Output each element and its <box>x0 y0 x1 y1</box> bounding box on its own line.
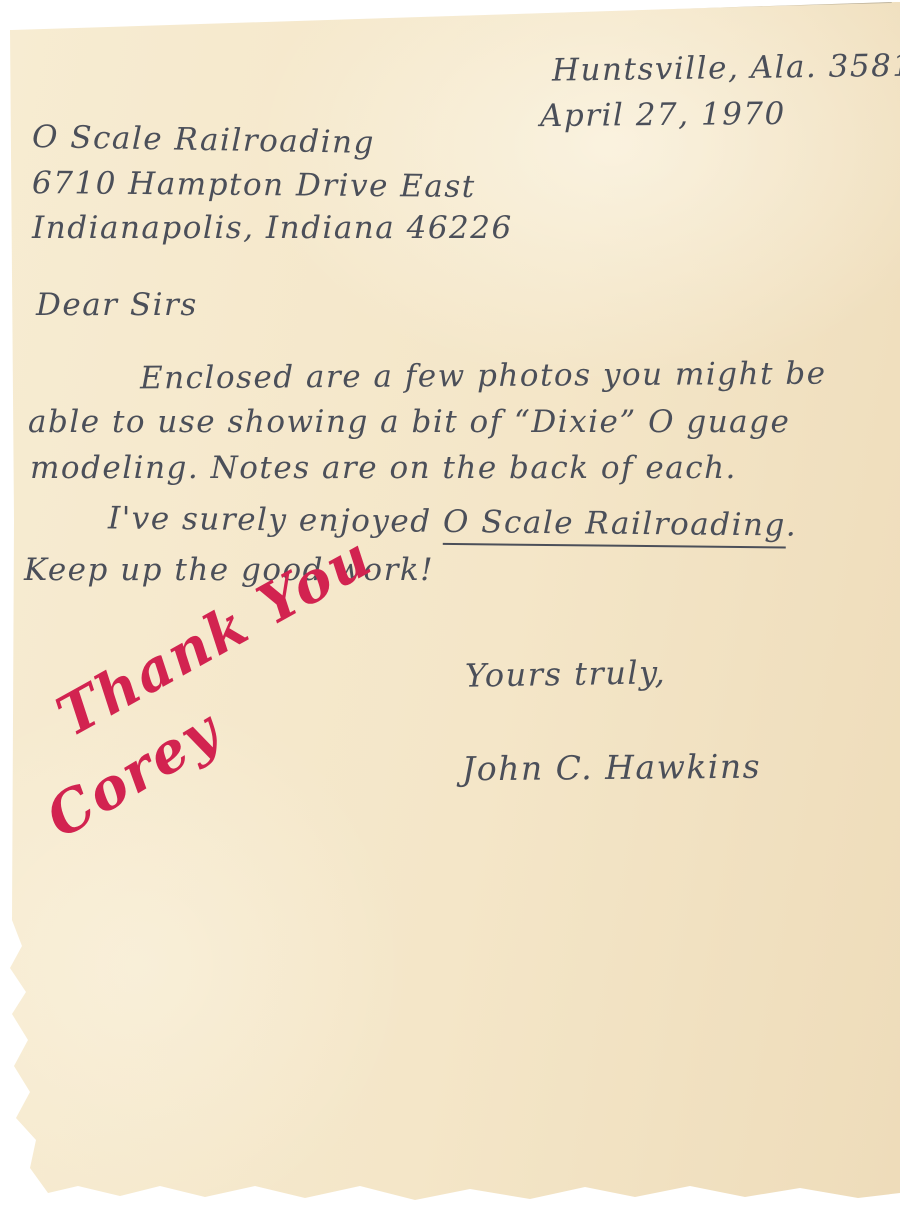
body-paragraph2-line1: I've surely enjoyed O Scale Railroading. <box>108 500 798 544</box>
letter-paper: Huntsville, Ala. 35810 April 27, 1970 O … <box>0 0 900 1207</box>
date-line: April 27, 1970 <box>540 96 786 135</box>
paragraph2-prefix: I've surely enjoyed <box>108 500 443 540</box>
body-paragraph1-line3: modeling. Notes are on the back of each. <box>30 450 737 487</box>
recipient-name-line: O Scale Railroading <box>32 119 375 162</box>
salutation: Dear Sirs <box>36 287 198 324</box>
magazine-title-underlined: O Scale Railroading <box>443 504 786 549</box>
body-paragraph1-line2: able to use showing a bit of “Dixie” O g… <box>28 404 790 441</box>
recipient-city-line: Indianapolis, Indiana 46226 <box>32 210 513 247</box>
paper-top-edge-crease <box>14 1 892 26</box>
signature-line: John C. Hawkins <box>462 747 761 789</box>
location-line: Huntsville, Ala. 35810 <box>552 47 900 90</box>
closing-line: Yours truly, <box>465 653 667 695</box>
paragraph2-suffix: . <box>786 507 798 543</box>
recipient-street-line: 6710 Hampton Drive East <box>32 165 476 206</box>
body-paragraph1-line1: Enclosed are a few photos you might be <box>140 356 827 398</box>
